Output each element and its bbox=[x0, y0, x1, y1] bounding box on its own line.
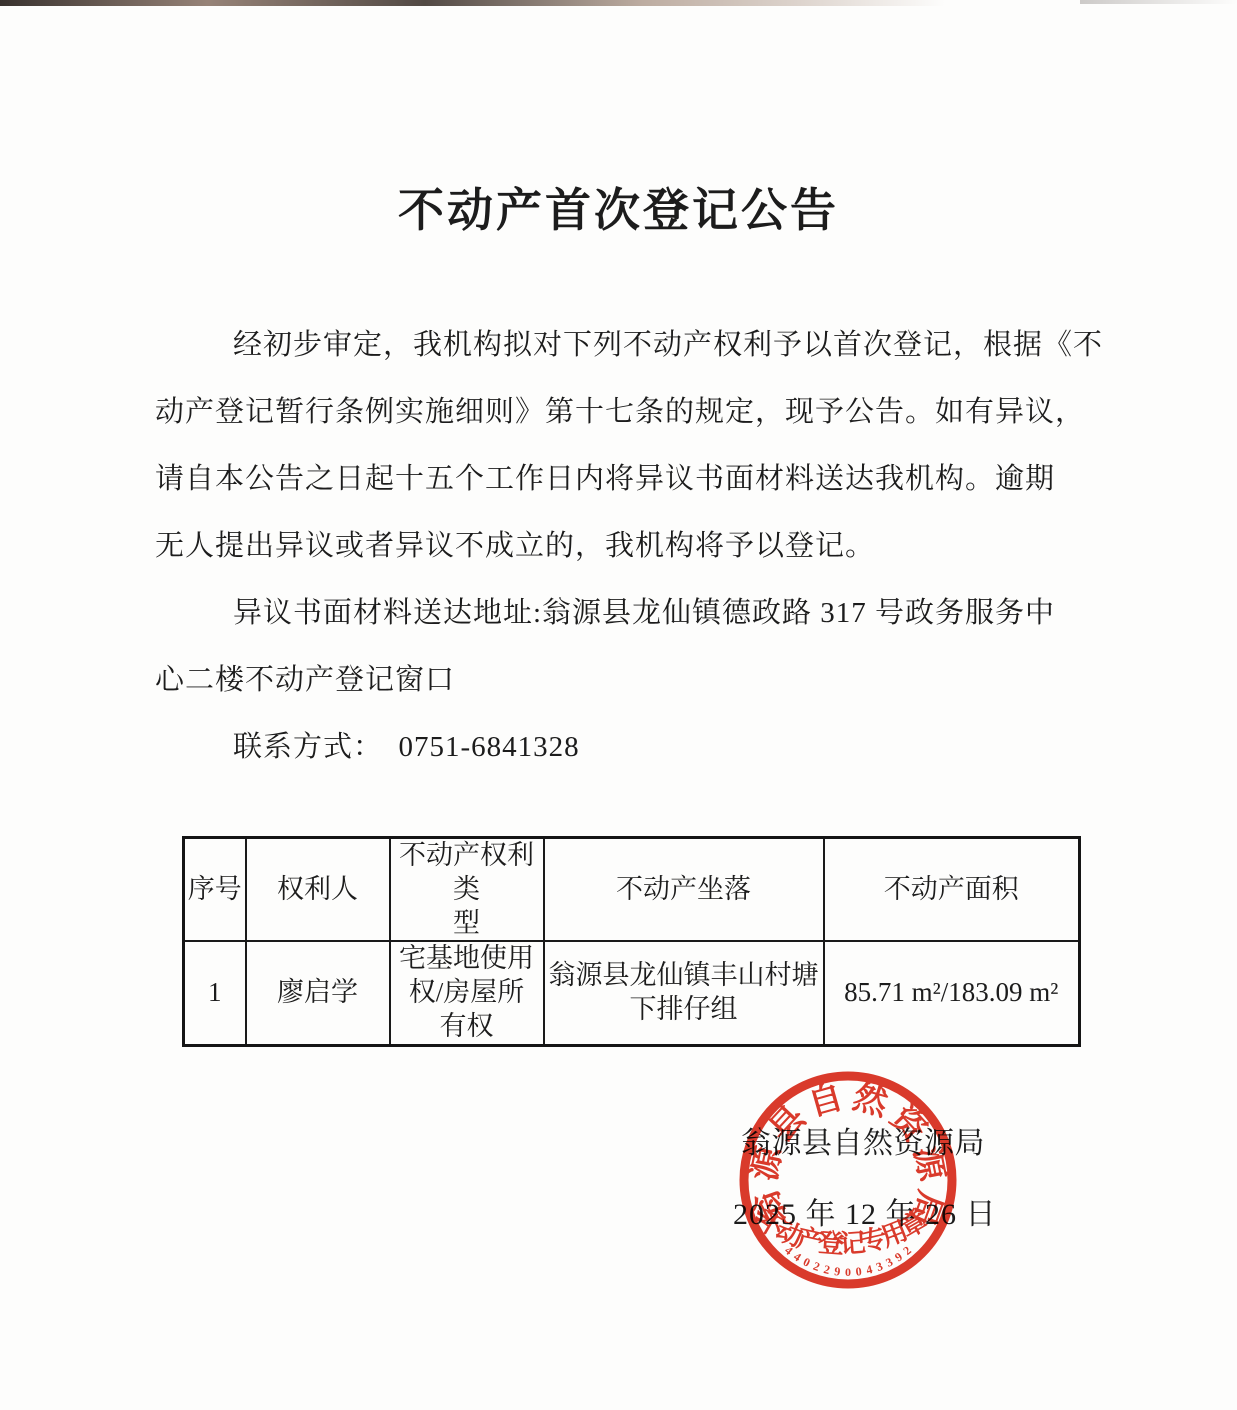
body-line-address-cont: 心二楼不动产登记窗口 bbox=[155, 647, 1095, 714]
body-line: 请自本公告之日起十五个工作日内将异议书面材料送达我机构。逾期 bbox=[155, 446, 1095, 513]
header-right-holder: 权利人 bbox=[246, 838, 390, 942]
scanned-document-page: 不动产首次登记公告 经初步审定，我机构拟对下列不动产权利予以首次登记，根据《不 … bbox=[0, 0, 1237, 1410]
svg-text:0: 0 bbox=[801, 1255, 813, 1270]
body-line: 动产登记暂行条例实施细则》第十七条的规定，现予公告。如有异议， bbox=[155, 379, 1095, 446]
page-title: 不动产首次登记公告 bbox=[0, 174, 1237, 240]
svg-text:9: 9 bbox=[834, 1264, 842, 1279]
body-line: 经初步审定，我机构拟对下列不动产权利予以首次登记，根据《不 bbox=[155, 312, 1095, 379]
header-serial-number: 序号 bbox=[184, 838, 246, 942]
header-location: 不动产坐落 bbox=[544, 838, 824, 942]
svg-text:2: 2 bbox=[811, 1259, 821, 1274]
svg-text:源: 源 bbox=[745, 1142, 789, 1184]
svg-text:4: 4 bbox=[865, 1262, 874, 1277]
header-area: 不动产面积 bbox=[824, 838, 1080, 942]
cell-location: 翁源县龙仙镇丰山村塘 下排仔组 bbox=[544, 941, 824, 1045]
cell-right-holder: 廖启学 bbox=[246, 941, 390, 1045]
cell-right-type: 宅基地使用 权/房屋所 有权 bbox=[390, 941, 544, 1045]
body-line-contact: 联系方式： 0751-6841328 bbox=[155, 714, 1095, 781]
svg-text:源: 源 bbox=[907, 1143, 951, 1185]
svg-text:3: 3 bbox=[883, 1255, 895, 1270]
svg-text:0: 0 bbox=[855, 1264, 863, 1279]
announcement-body: 经初步审定，我机构拟对下列不动产权利予以首次登记，根据《不 动产登记暂行条例实施… bbox=[155, 312, 1095, 781]
registration-table: 序号 权利人 不动产权利类 型 不动产坐落 不动产面积 1 廖启学 宅基地使用 … bbox=[182, 836, 1081, 1047]
svg-text:2: 2 bbox=[822, 1262, 831, 1277]
svg-text:0: 0 bbox=[845, 1265, 851, 1279]
svg-text:3: 3 bbox=[874, 1259, 884, 1274]
cell-serial-number: 1 bbox=[184, 941, 246, 1045]
scan-artifact-top-edge bbox=[0, 0, 945, 6]
cell-area: 85.71 m²/183.09 m² bbox=[824, 941, 1080, 1045]
header-right-type: 不动产权利类 型 bbox=[390, 838, 544, 942]
svg-text:4: 4 bbox=[791, 1249, 804, 1264]
official-seal: 翁源县自然资源局不动产登记专用章4402290043392 bbox=[728, 1058, 968, 1306]
svg-text:2: 2 bbox=[900, 1243, 914, 1258]
body-line: 无人提出异议或者异议不成立的，我机构将予以登记。 bbox=[155, 513, 1095, 580]
table-header-row: 序号 权利人 不动产权利类 型 不动产坐落 不动产面积 bbox=[184, 838, 1080, 942]
table-row: 1 廖启学 宅基地使用 权/房屋所 有权 翁源县龙仙镇丰山村塘 下排仔组 85.… bbox=[184, 941, 1080, 1045]
scan-artifact-top-edge-right bbox=[1080, 0, 1237, 4]
body-line-address: 异议书面材料送达地址:翁源县龙仙镇德政路 317 号政务服务中 bbox=[155, 580, 1095, 647]
